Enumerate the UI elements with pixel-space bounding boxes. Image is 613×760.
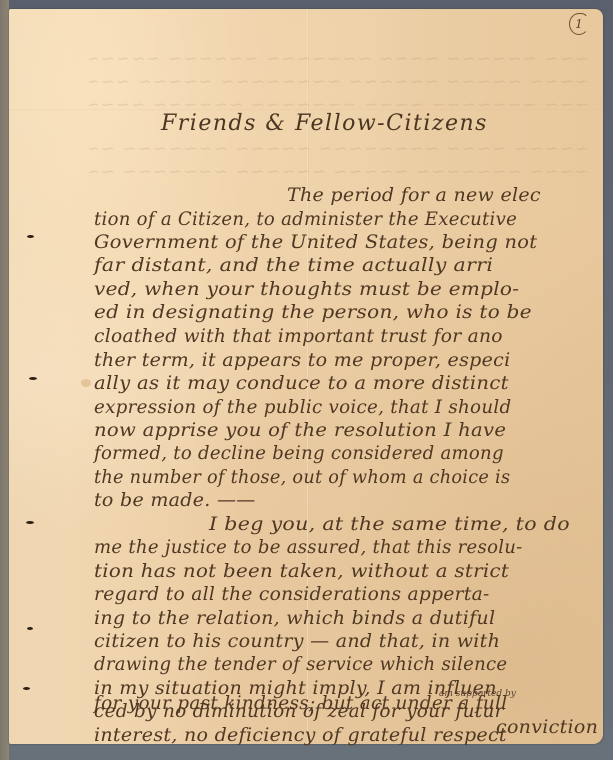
manuscript-page: ~~~ ~~~~~~ ~~~~ ~~~~~~~ ~~~~~~ ~~~~~ ~~~… [9, 9, 603, 744]
ink-mark [29, 377, 37, 380]
manuscript-line: I beg you, at the same time, to do [209, 513, 570, 535]
ink-mark [27, 627, 33, 630]
paper-stain [81, 379, 91, 387]
manuscript-line: ally as it may conduce to a more distinc… [94, 372, 509, 394]
bleed-through-text: ~~~~ ~~~~~~~ ~~~~~ ~~~~~~ ~~~~~~~ ~~~~ [89, 162, 589, 182]
bleed-through-text: ~~~~ ~~~~~ ~~~~~~ ~~~~~~~~ ~~~~~ ~~~~ ~~… [89, 72, 589, 92]
manuscript-line: for your past kindness; but act under a … [94, 692, 507, 714]
manuscript-line: to be made. —— [94, 489, 256, 511]
manuscript-line: ved, when your thoughts must be emplo- [94, 278, 519, 300]
salutation: Friends & Fellow-Citizens [161, 111, 488, 136]
manuscript-line: drawing the tender of service which sile… [94, 653, 507, 675]
manuscript-line: formed, to decline being considered amon… [94, 442, 504, 464]
manuscript-line: now apprise you of the resolution I have [94, 419, 506, 441]
manuscript-line: ed in designating the person, who is to … [94, 301, 532, 323]
bleed-through-text: ~~~ ~~~~~~ ~~~~ ~~~~~~~ ~~~~~~ ~~~~~ ~~~… [89, 49, 589, 69]
page-number: 1 [569, 13, 589, 35]
manuscript-line: citizen to his country — and that, in wi… [94, 630, 500, 652]
manuscript-line: ther term, it appears to me proper, espe… [94, 349, 510, 371]
manuscript-line: tion of a Citizen, to administer the Exe… [94, 208, 517, 230]
manuscript-line: cloathed with that important trust for a… [94, 325, 503, 347]
manuscript-line: far distant, and the time actually arri [94, 254, 493, 276]
bleed-through-text: ~~~~~ ~~~~ ~~~~~~~~ ~~~~~ ~~~~~~~ ~~~~~ … [89, 139, 589, 159]
ink-mark [23, 687, 30, 690]
manuscript-line: tion has not been taken, without a stric… [94, 560, 509, 582]
ink-mark [27, 235, 34, 238]
manuscript-line: interest, no deficiency of grateful resp… [94, 724, 507, 746]
ink-mark [26, 521, 34, 524]
manuscript-line: regard to all the considerations apperta… [94, 583, 490, 605]
manuscript-line: Government of the United States, being n… [94, 231, 537, 253]
manuscript-line: ing to the relation, which binds a dutif… [94, 607, 495, 629]
manuscript-line: me the justice to be assured, that this … [94, 536, 523, 558]
binding-edge [0, 0, 9, 760]
manuscript-line: expression of the public voice, that I s… [94, 396, 511, 418]
manuscript-line: The period for a new elec [287, 184, 541, 206]
manuscript-line: the number of those, out of whom a choic… [94, 466, 510, 488]
manuscript-line: conviction [496, 716, 598, 738]
